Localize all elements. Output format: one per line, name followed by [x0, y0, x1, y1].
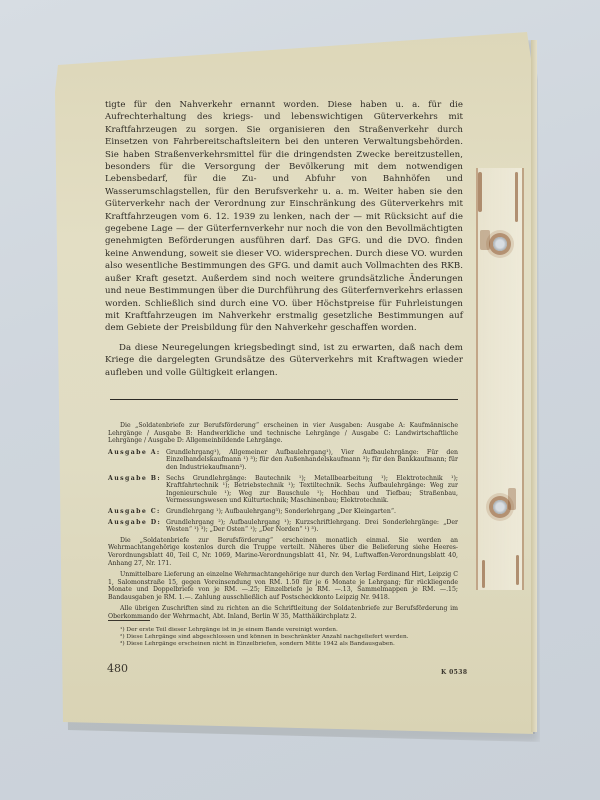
footnote-divider — [108, 620, 150, 621]
rust-stain — [515, 172, 518, 222]
publisher-notes: Die „Soldatenbriefe zur Berufsförderung“… — [108, 422, 458, 625]
page-number: 480 — [107, 662, 128, 675]
edition-text: Grundlehrgang ²); Aufbaulehrgang ¹); Kur… — [166, 519, 458, 534]
edition-text: Grundlehrgang¹), Allgemeiner Aufbaulehrg… — [166, 449, 458, 472]
rust-stain — [516, 555, 519, 585]
staple-hole-icon — [493, 500, 507, 514]
edition-d: Ausgabe D: Grundlehrgang ²); Aufbaulehrg… — [108, 519, 458, 534]
rust-stain — [508, 488, 516, 510]
edition-text: Grundlehrgang ¹); Aufbaulehrgang³); Sond… — [166, 508, 458, 516]
body-paragraph: Da diese Neuregelungen kriegsbedingt sin… — [105, 342, 463, 379]
rust-stain — [480, 230, 490, 250]
catalog-code: K 0538 — [441, 669, 467, 676]
editions-intro: Die „Soldatenbriefe zur Berufsförderung“… — [108, 422, 458, 445]
edition-b: Ausgabe B: Sechs Grundlehrgänge: Bautech… — [108, 475, 458, 505]
rust-stain — [482, 560, 485, 588]
edition-label: Ausgabe A: — [108, 449, 166, 472]
staple-hole-icon — [493, 237, 507, 251]
rust-stain — [478, 172, 482, 212]
edition-a: Ausgabe A: Grundlehrgang¹), Allgemeiner … — [108, 449, 458, 472]
edition-label: Ausgabe D: — [108, 519, 166, 534]
ordering-note: Unmittelbare Lieferung an einzelne Wehrm… — [108, 571, 458, 601]
correspondence-note: Alle übrigen Zuschriften sind zu richten… — [108, 605, 458, 620]
footnotes: ¹) Der erste Teil dieser Lehrgänge ist i… — [120, 627, 460, 649]
main-text: tigte für den Nahverkehr ernannt worden.… — [105, 99, 463, 379]
edition-text: Sechs Grundlehrgänge: Bautechnik ¹); Met… — [166, 475, 458, 505]
distribution-note: Die „Soldatenbriefe zur Berufsförderung“… — [108, 537, 458, 567]
section-divider — [110, 399, 458, 400]
footnote: ³) Diese Lehrgänge erscheinen nicht in E… — [120, 641, 460, 648]
edition-c: Ausgabe C: Grundlehrgang ¹); Aufbaulehrg… — [108, 508, 458, 516]
page-edge — [531, 40, 537, 732]
edition-label: Ausgabe B: — [108, 475, 166, 505]
body-paragraph: tigte für den Nahverkehr ernannt worden.… — [105, 99, 463, 335]
edition-label: Ausgabe C: — [108, 508, 166, 516]
